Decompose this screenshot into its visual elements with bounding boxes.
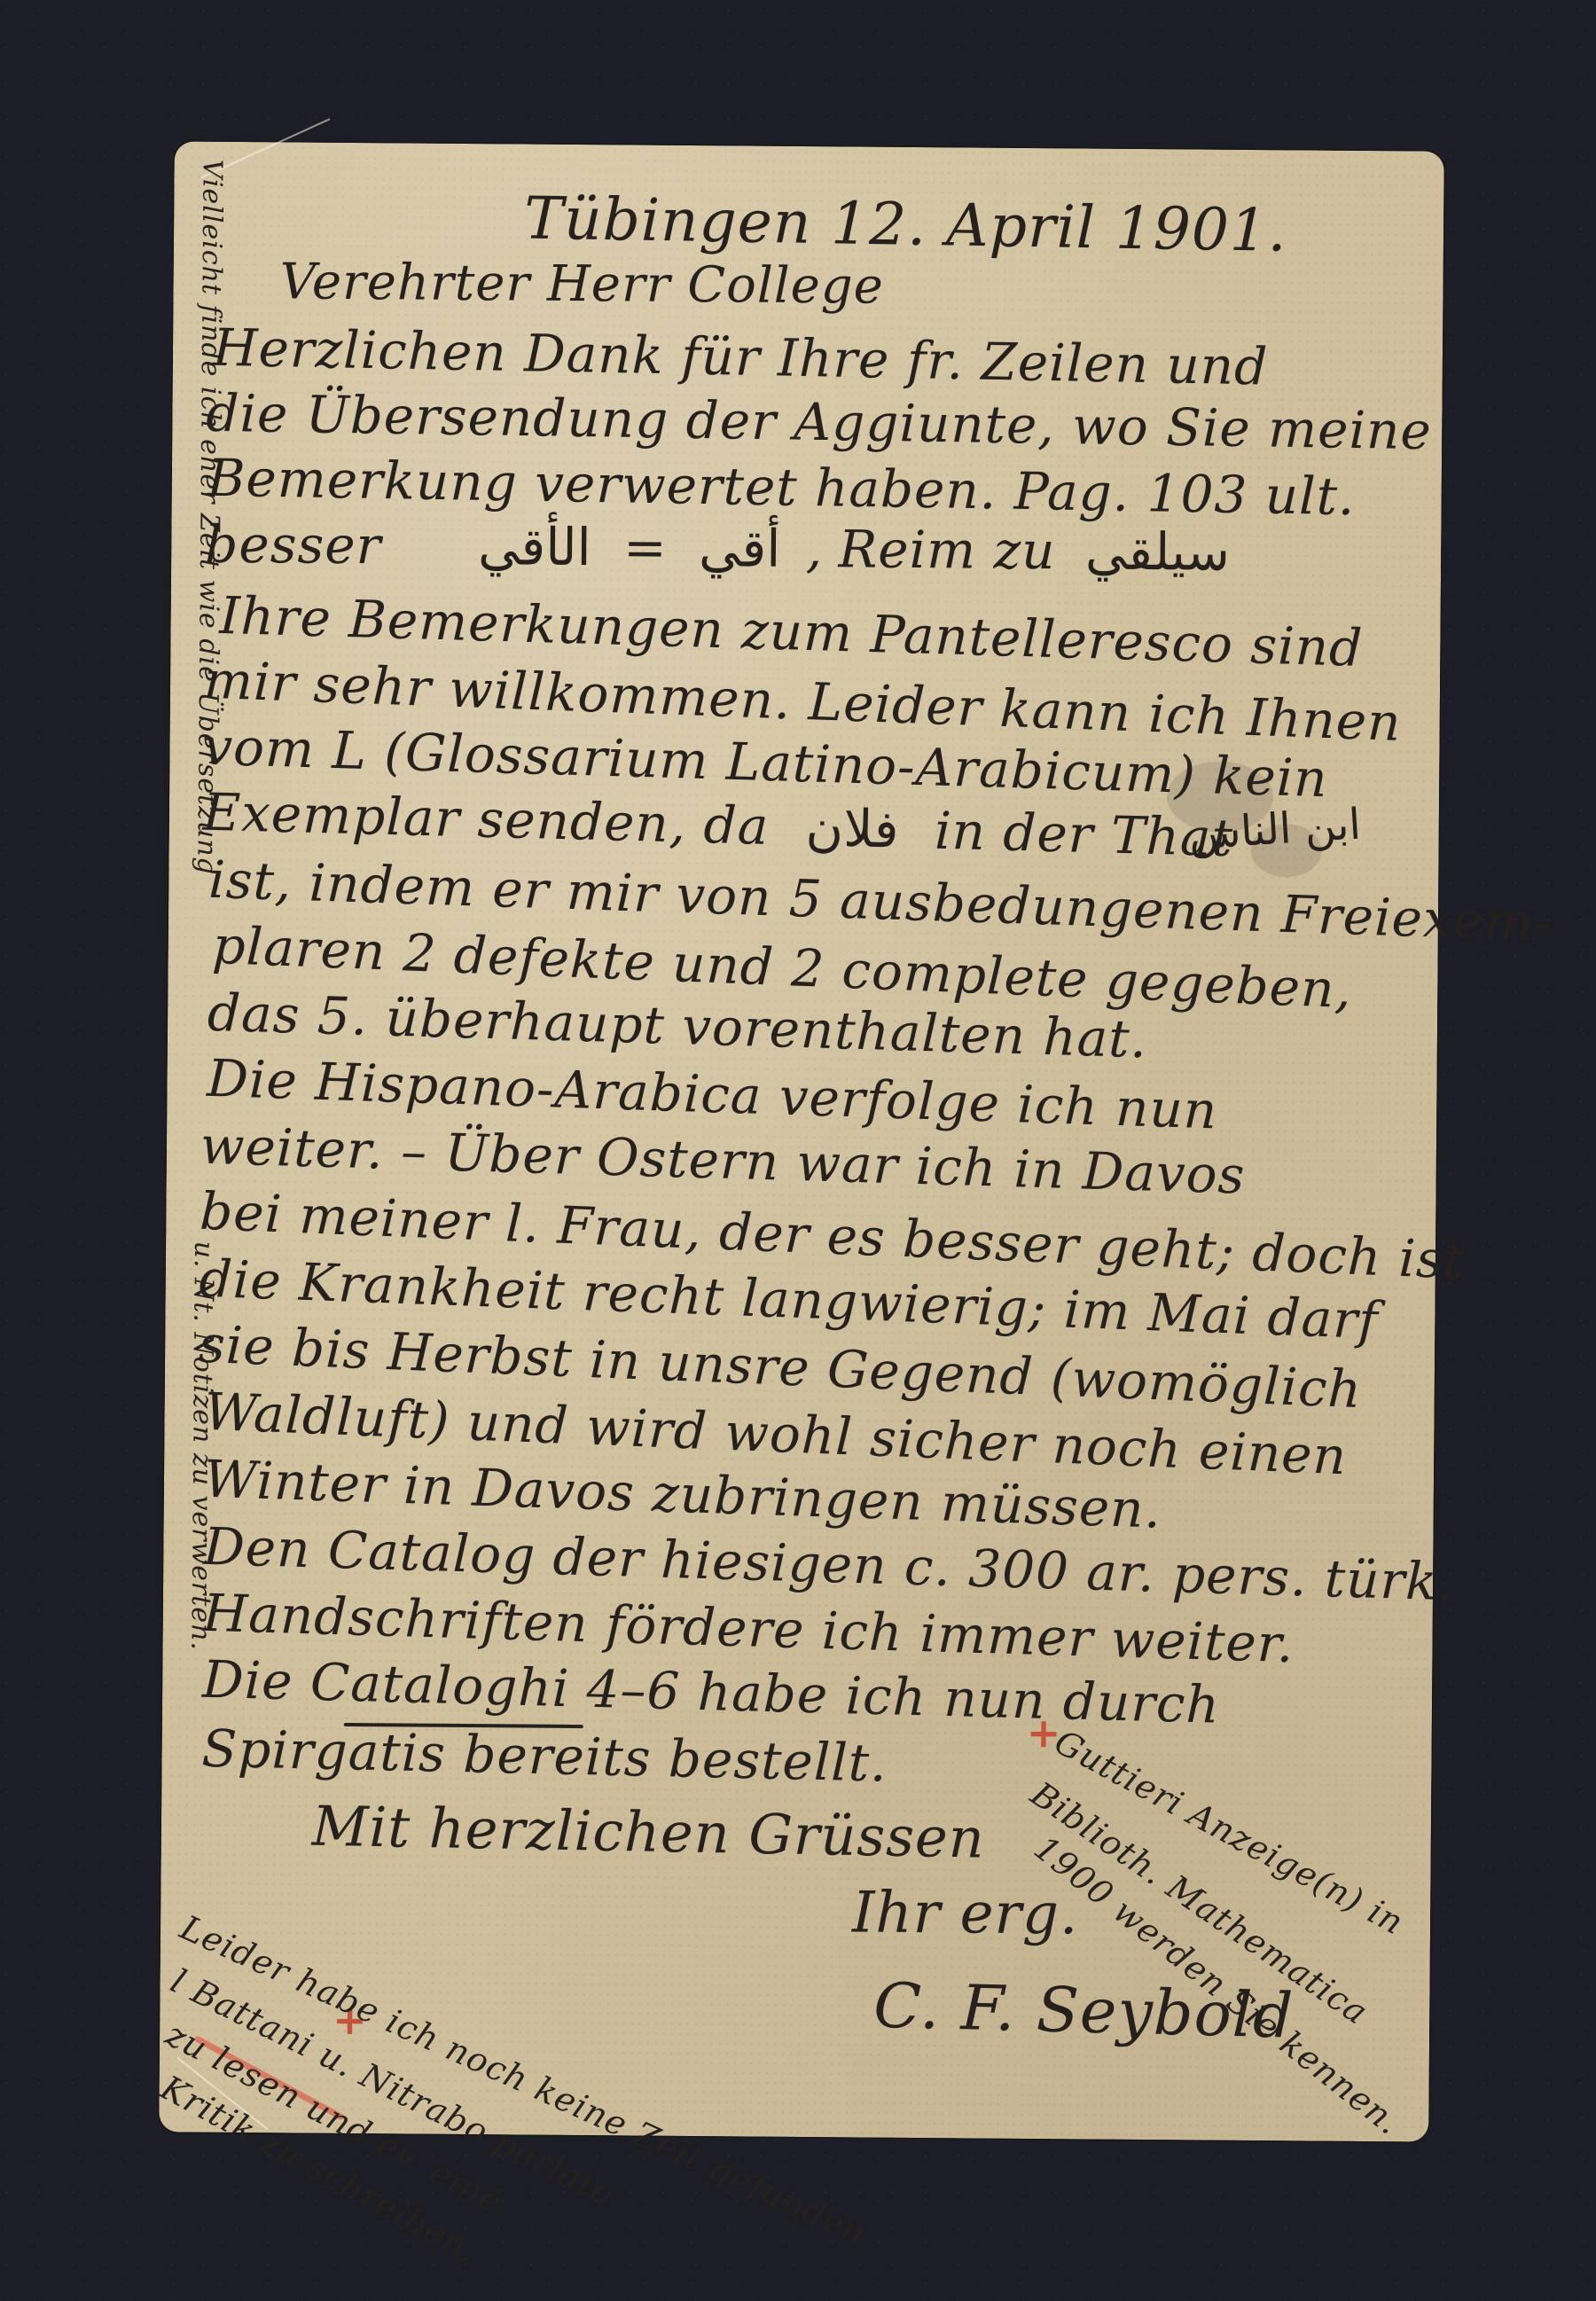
left-margin-note-line-1: Vielleicht finde ich eher Zeit wie die Ü… bbox=[191, 160, 227, 875]
arabic-word-2: الأقي bbox=[478, 516, 591, 577]
body-line-22: Spirgatis bereits bestellt. bbox=[201, 1718, 888, 1794]
arabic-margin-phrase: ابن الناس bbox=[1187, 799, 1362, 859]
body-line-8-text: Exemplar senden, da bbox=[202, 782, 770, 857]
line-4-continuation: , Reim zu bbox=[806, 519, 1056, 581]
arabic-word-4: فلان bbox=[805, 797, 900, 860]
body-line-4-text: besser bbox=[205, 514, 382, 576]
place-date: Tübingen 12. April 1901. bbox=[524, 184, 1288, 265]
postcard: Tübingen 12. April 1901. Verehrter Herr … bbox=[159, 141, 1444, 2141]
left-margin-note-line-2: u. Nt. Notizen zu verwerten. bbox=[184, 1241, 219, 1652]
equals-sign: = bbox=[623, 517, 667, 577]
arabic-word-1: أقي bbox=[699, 518, 781, 579]
body-line-4: besser أقي = الأقي , Reim zu سيلقي bbox=[205, 514, 1230, 583]
salutation: Verehrter Herr College bbox=[279, 253, 884, 315]
closing-greeting: Mit herzlichen Grüssen bbox=[311, 1794, 985, 1871]
closing-yours: Ihr erg. bbox=[852, 1880, 1079, 1947]
arabic-word-3: سيلقي bbox=[1085, 520, 1231, 582]
